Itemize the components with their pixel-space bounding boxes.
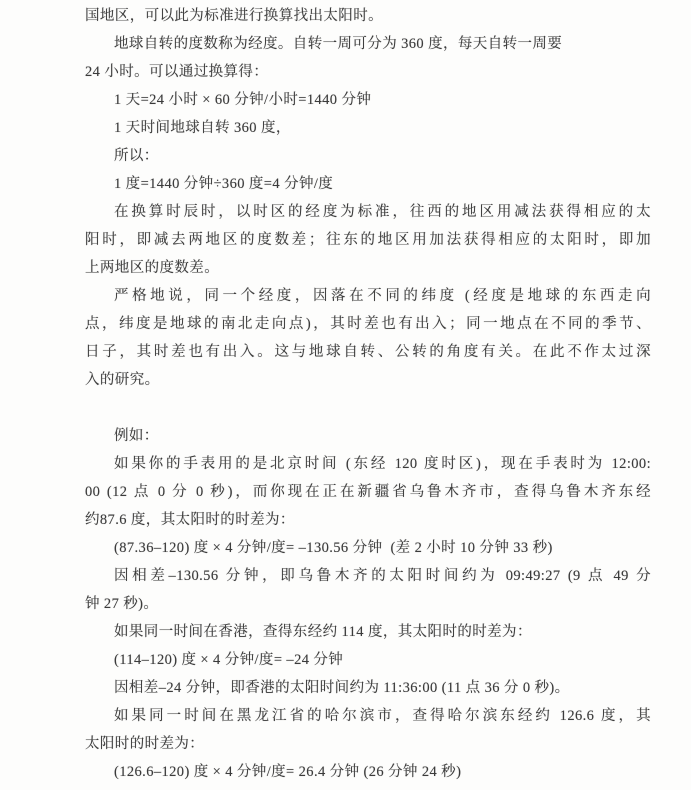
text-line: 例如： (85, 422, 651, 450)
blank-line (85, 394, 651, 422)
text-line: 钟 27 秒)。 (85, 590, 651, 618)
text-line: 00 (12 点 0 分 0 秒)，而你现在正在新疆省乌鲁木齐市，查得乌鲁木齐东… (85, 478, 651, 506)
text-line: 如果同一时间在香港，查得东经约 114 度，其太阳时的时差为： (85, 618, 651, 646)
text-line: 因相差–24 分钟，即香港的太阳时间约为 11:36:00 (11 点 36 分… (85, 674, 651, 702)
text-line: 1 度=1440 分钟÷360 度=4 分钟/度 (85, 170, 651, 198)
text-line: 如果你的手表用的是北京时间 (东经 120 度时区)，现在手表时为 12:00: (85, 450, 651, 478)
text-line: 太阳时的时差为： (85, 730, 651, 758)
text-line: 如果同一时间在黑龙江省的哈尔滨市，查得哈尔滨东经约 126.6 度，其 (85, 702, 651, 730)
text-line: 在换算时辰时，以时区的经度为标准，往西的地区用减法获得相应的太 (85, 198, 651, 226)
text-line: 国地区，可以此为标准进行换算找出太阳时。 (85, 2, 651, 30)
book-page: 国地区，可以此为标准进行换算找出太阳时。地球自转的度数称为经度。自转一周可分为 … (0, 0, 691, 790)
text-line: 1 天时间地球自转 360 度， (85, 114, 651, 142)
text-line: 因相差–130.56 分钟，即乌鲁木齐的太阳时间约为 09:49:27 (9 点… (85, 562, 651, 590)
text-line: (87.36–120) 度 × 4 分钟/度= –130.56 分钟 (差 2 … (85, 534, 651, 562)
text-line: 阳时，即减去两地区的度数差；往东的地区用加法获得相应的太阳时，即加 (85, 226, 651, 254)
page-text: 国地区，可以此为标准进行换算找出太阳时。地球自转的度数称为经度。自转一周可分为 … (85, 2, 651, 786)
text-line: 1 天=24 小时 × 60 分钟/小时=1440 分钟 (85, 86, 651, 114)
text-line: 上两地区的度数差。 (85, 254, 651, 282)
text-line: 严格地说，同一个经度，因落在不同的纬度 (经度是地球的东西走向 (85, 282, 651, 310)
text-line: (114–120) 度 × 4 分钟/度= –24 分钟 (85, 646, 651, 674)
text-line: 地球自转的度数称为经度。自转一周可分为 360 度，每天自转一周要 (85, 30, 651, 58)
text-line: 24 小时。可以通过换算得： (85, 58, 651, 86)
text-line: 约87.6 度，其太阳时的时差为： (85, 506, 651, 534)
text-line: (126.6–120) 度 × 4 分钟/度= 26.4 分钟 (26 分钟 2… (85, 758, 651, 786)
text-line: 所以： (85, 142, 651, 170)
text-line: 入的研究。 (85, 366, 651, 394)
text-line: 点，纬度是地球的南北走向点)，其时差也有出入；同一地点在不同的季节、 (85, 310, 651, 338)
text-line: 日子，其时差也有出入。这与地球自转、公转的角度有关。在此不作太过深 (85, 338, 651, 366)
